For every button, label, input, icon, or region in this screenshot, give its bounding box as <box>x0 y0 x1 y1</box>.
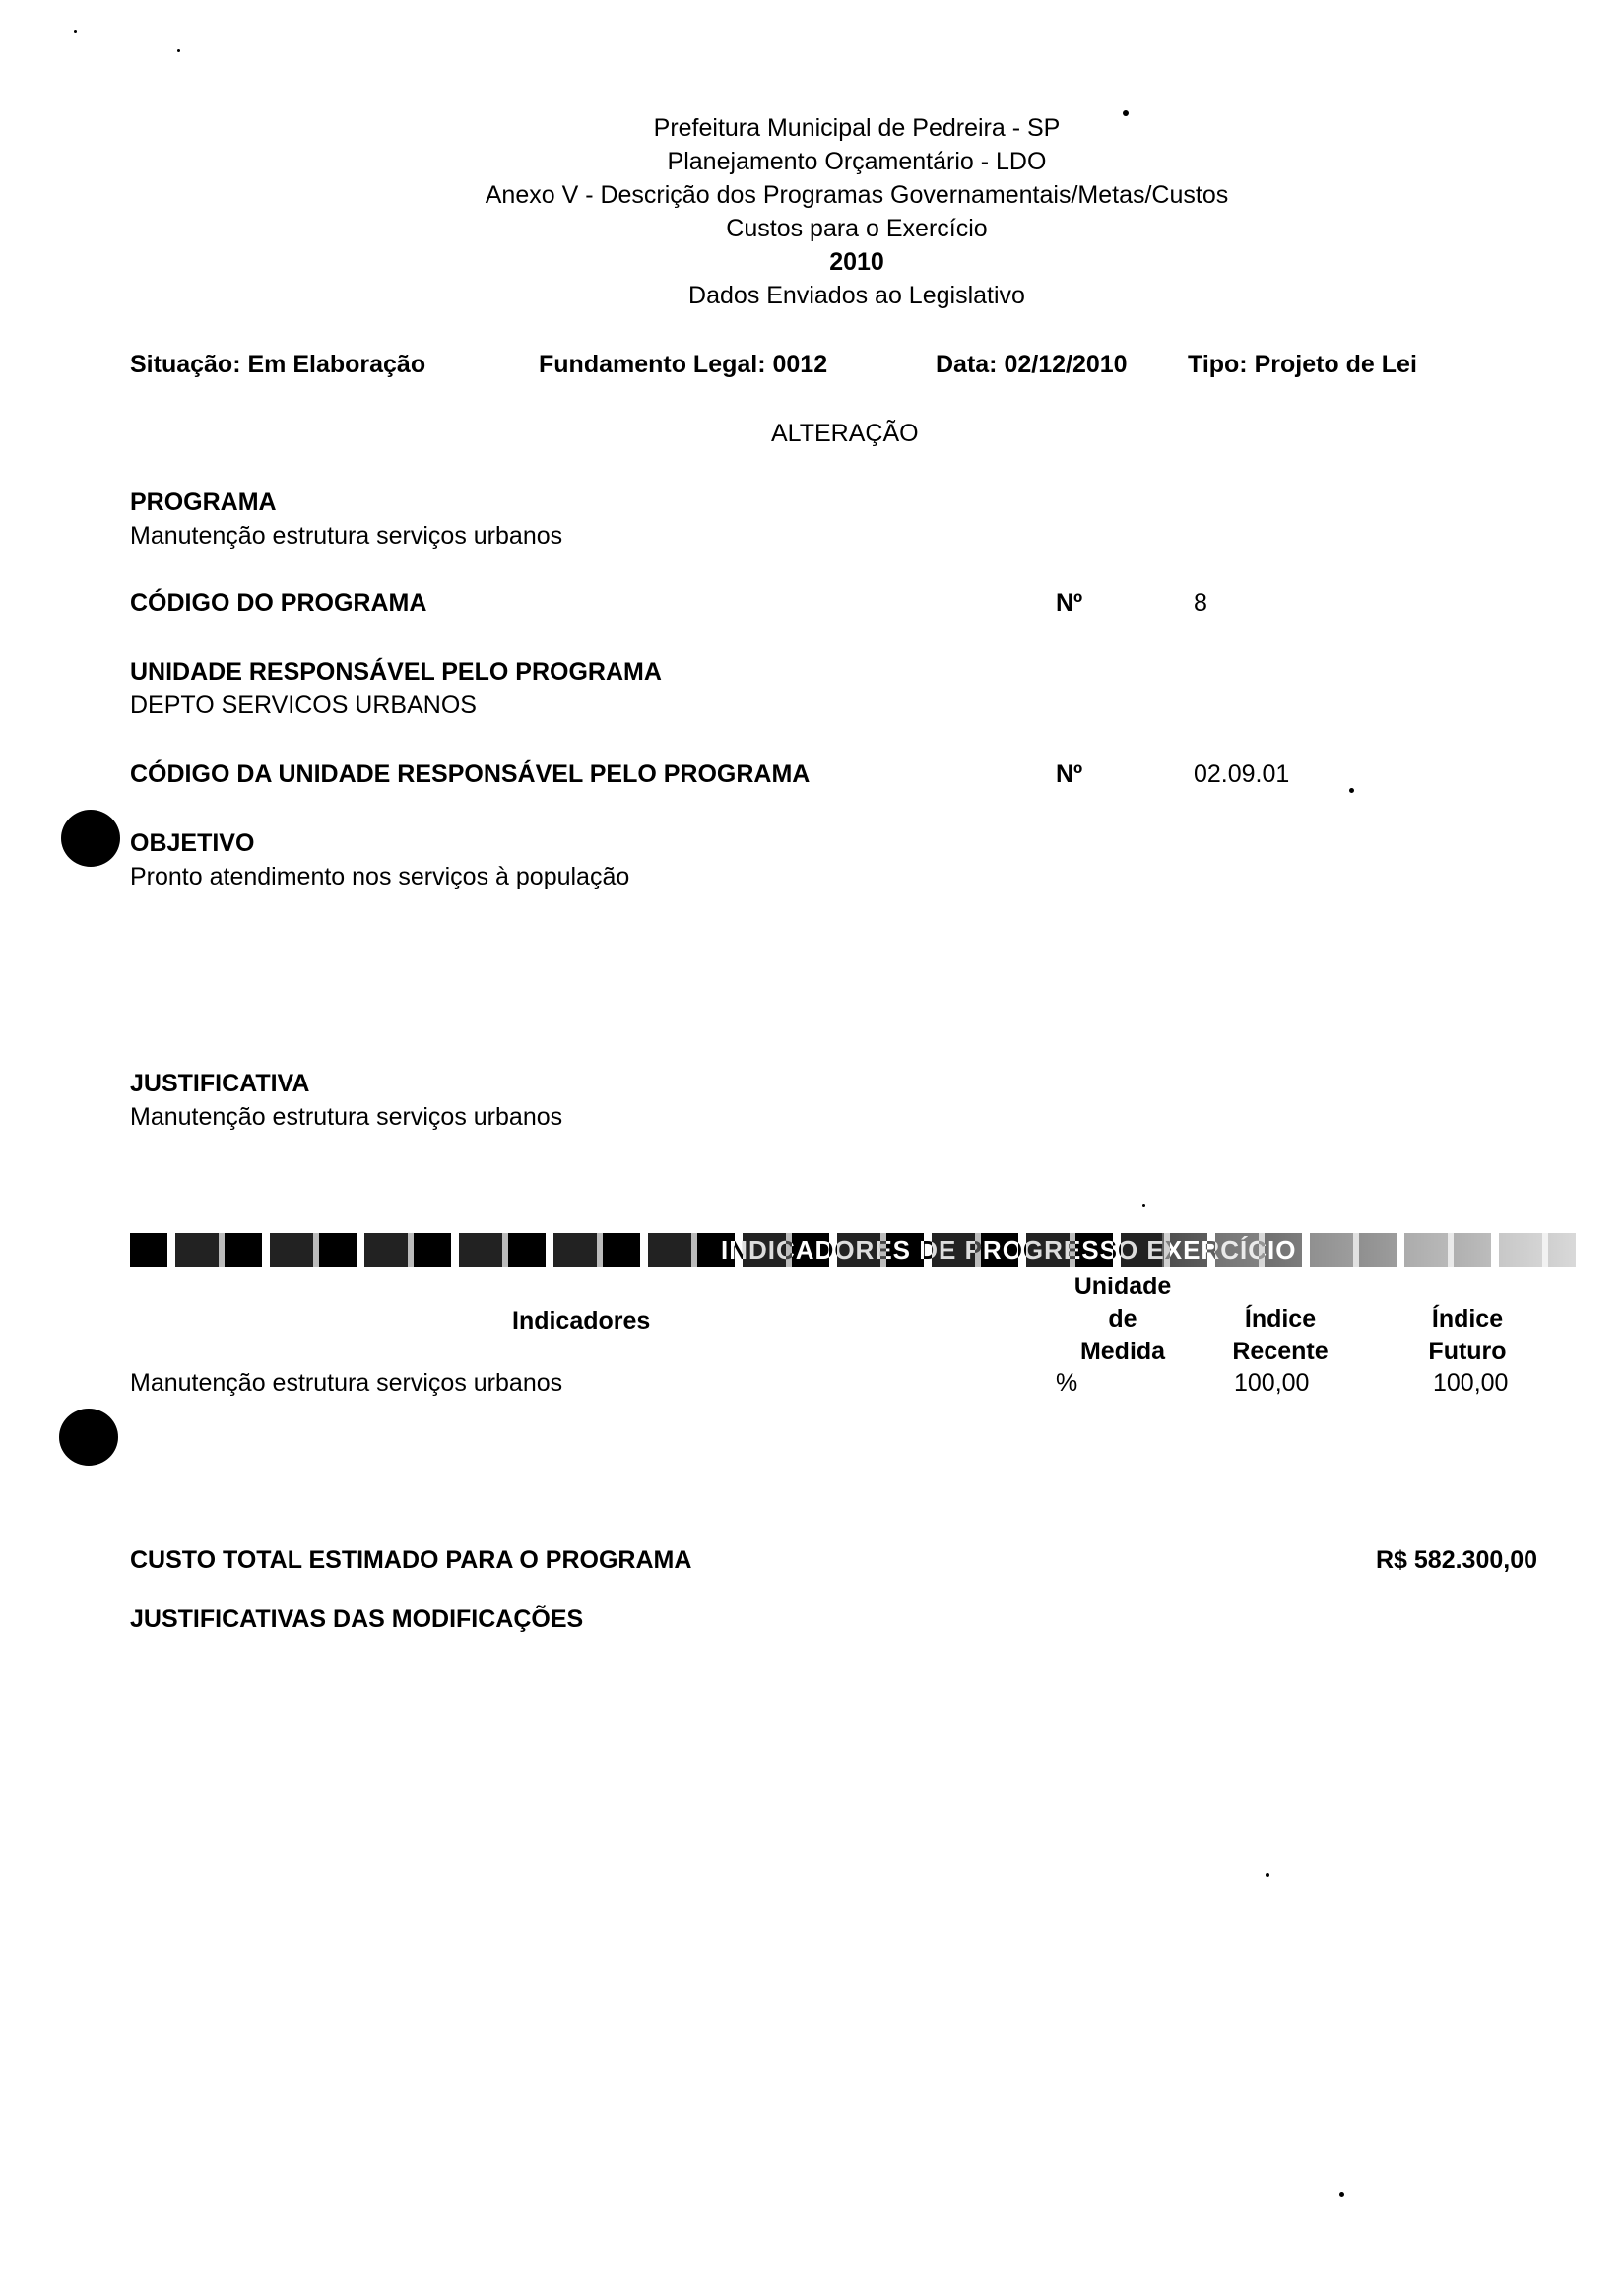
codigo-unidade-value: 02.09.01 <box>1194 760 1289 789</box>
scan-speck <box>1349 788 1354 793</box>
header-org: Prefeitura Municipal de Pedreira - SP <box>0 114 1624 143</box>
scan-noise <box>1162 1233 1576 1267</box>
cell-futuro: 100,00 <box>1433 1369 1508 1398</box>
scan-speck <box>1339 2192 1344 2197</box>
header-year: 2010 <box>0 248 1624 277</box>
custo-value: R$ 582.300,00 <box>1376 1546 1537 1575</box>
header-planning: Planejamento Orçamentário - LDO <box>0 148 1624 176</box>
col-header-recente-line2: Recente <box>1221 1336 1339 1368</box>
header-costs: Custos para o Exercício <box>0 215 1624 243</box>
header-annex: Anexo V - Descrição dos Programas Govern… <box>0 181 1624 210</box>
codigo-programa-no: Nº <box>1056 589 1082 618</box>
indicators-section-bar: INDICADORES DE PROGRESSO EXERCÍCIO <box>130 1233 1576 1267</box>
col-header-unidade-line3: Medida <box>1059 1336 1187 1368</box>
scan-speck <box>74 30 77 33</box>
col-header-futuro-line2: Futuro <box>1418 1336 1517 1368</box>
col-header-unidade-line2: de <box>1059 1303 1187 1336</box>
codigo-unidade-no: Nº <box>1056 760 1082 789</box>
justificativas-modificacoes-label: JUSTIFICATIVAS DAS MODIFICAÇÕES <box>130 1606 583 1634</box>
justificativa-value: Manutenção estrutura serviços urbanos <box>130 1103 562 1132</box>
col-header-recente-line1: Índice <box>1221 1303 1339 1336</box>
codigo-programa-label: CÓDIGO DO PROGRAMA <box>130 589 426 618</box>
col-header-indicadores: Indicadores <box>512 1305 650 1338</box>
unidade-value: DEPTO SERVICOS URBANOS <box>130 691 477 720</box>
status-data: Data: 02/12/2010 <box>936 351 1128 379</box>
col-header-unidade-line1: Unidade <box>1059 1271 1187 1303</box>
punch-hole-bottom <box>59 1409 118 1466</box>
status-situacao: Situação: Em Elaboração <box>130 351 425 379</box>
scan-speck <box>1266 1873 1269 1877</box>
scan-speck <box>1142 1204 1145 1207</box>
cell-unidade: % <box>1056 1369 1077 1398</box>
scan-speck <box>177 49 180 52</box>
unidade-label: UNIDADE RESPONSÁVEL PELO PROGRAMA <box>130 658 662 687</box>
cell-indicador: Manutenção estrutura serviços urbanos <box>130 1369 562 1398</box>
programa-label: PROGRAMA <box>130 489 277 517</box>
col-header-futuro-line1: Índice <box>1418 1303 1517 1336</box>
punch-hole-top <box>61 810 120 867</box>
programa-value: Manutenção estrutura serviços urbanos <box>130 522 562 551</box>
codigo-programa-value: 8 <box>1194 589 1207 618</box>
status-tipo: Tipo: Projeto de Lei <box>1188 351 1417 379</box>
mode-label: ALTERAÇÃO <box>771 420 919 448</box>
codigo-unidade-label: CÓDIGO DA UNIDADE RESPONSÁVEL PELO PROGR… <box>130 760 810 789</box>
cell-recente: 100,00 <box>1234 1369 1309 1398</box>
objetivo-label: OBJETIVO <box>130 829 254 858</box>
objetivo-value: Pronto atendimento nos serviços à popula… <box>130 863 629 891</box>
custo-label: CUSTO TOTAL ESTIMADO PARA O PROGRAMA <box>130 1546 691 1575</box>
col-header-futuro: Índice Futuro <box>1418 1303 1517 1368</box>
col-header-unidade: Unidade de Medida <box>1059 1271 1187 1368</box>
col-header-recente: Índice Recente <box>1221 1303 1339 1368</box>
status-fundamento: Fundamento Legal: 0012 <box>539 351 827 379</box>
justificativa-label: JUSTIFICATIVA <box>130 1070 309 1098</box>
header-sent: Dados Enviados ao Legislativo <box>0 282 1624 310</box>
